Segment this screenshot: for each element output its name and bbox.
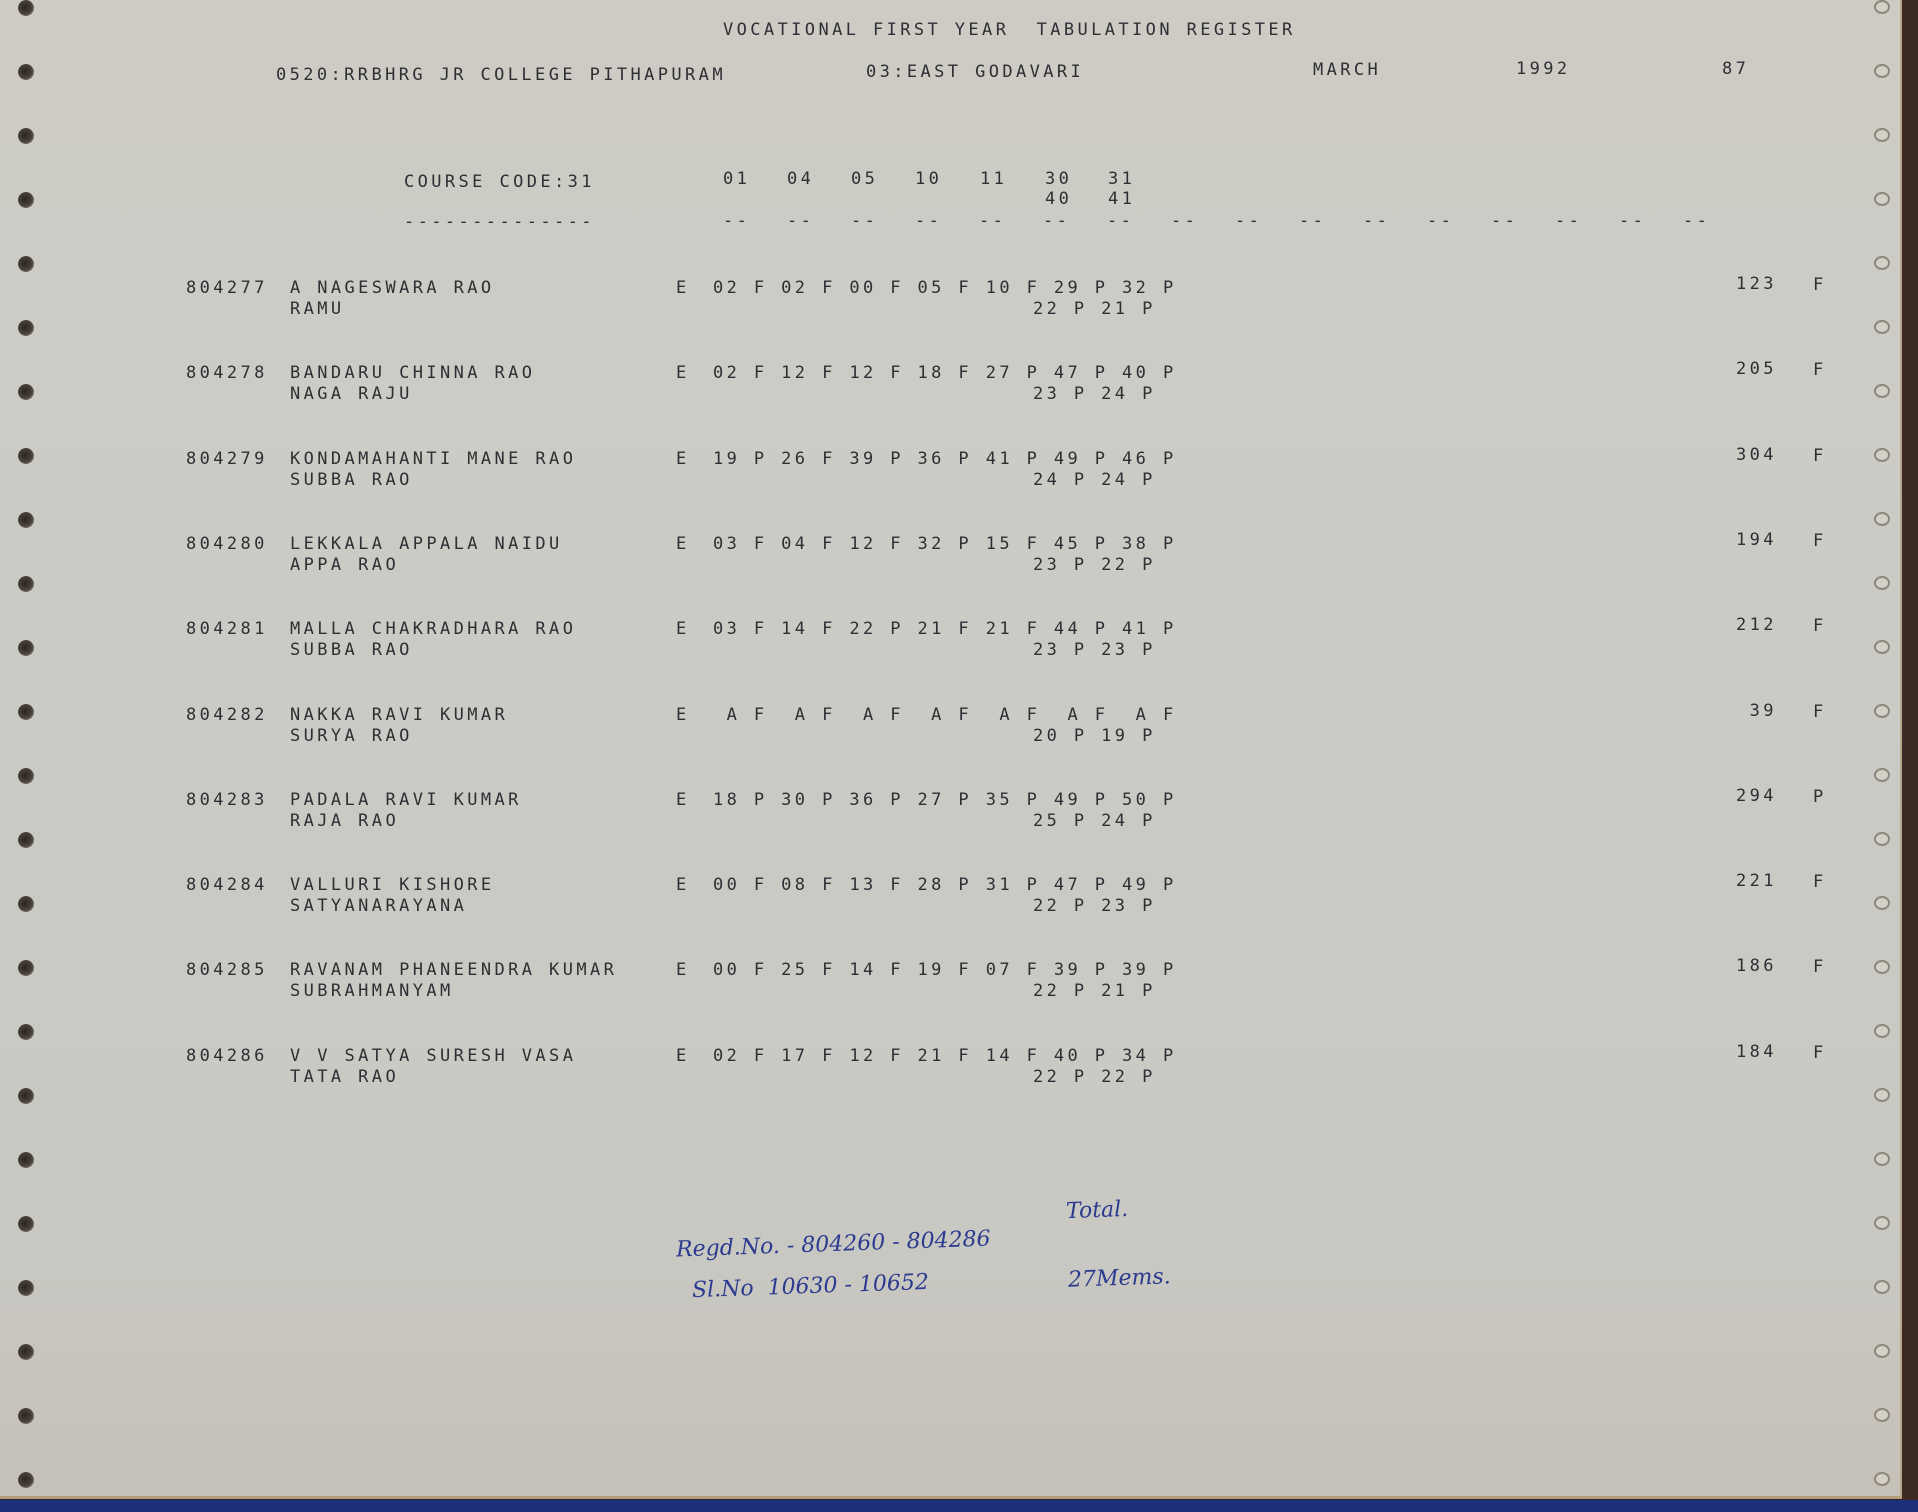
medium: E [676,621,690,638]
column-separator: -- [1683,213,1710,230]
sprocket-hole-icon [1874,1152,1890,1166]
page-number: 87 [1722,61,1749,78]
subject-code: 30 [1045,171,1072,188]
sprocket-hole-icon [1874,192,1890,206]
background-strip [0,1500,1918,1512]
medium: E [676,365,690,382]
table-row: 804282NAKKA RAVI KUMARSURYA RAOE A F A F… [0,707,1900,767]
column-separator: -- [979,213,1006,230]
sprocket-hole-icon [1874,128,1890,142]
student-name: BANDARU CHINNA RAO [290,365,535,382]
subject-code: 05 [851,171,878,188]
total-marks: 294 [1736,788,1777,805]
student-name: A NAGESWARA RAO [290,280,495,297]
column-separator: -- [1427,213,1454,230]
sprocket-hole-icon [1874,768,1890,782]
medium: E [676,1048,690,1065]
sprocket-hole-icon [1874,1216,1890,1230]
marks-line-2: 23 P 22 P [1033,557,1156,574]
subject-code: 41 [1108,191,1135,208]
page-title: VOCATIONAL FIRST YEAR TABULATION REGISTE… [723,22,1296,39]
column-separator: -- [1107,213,1134,230]
reg-number: 804279 [186,451,268,468]
student-name: LEKKALA APPALA NAIDU [290,536,563,553]
sprocket-hole-icon [1874,1280,1890,1294]
reg-number: 804278 [186,365,268,382]
total-marks: 186 [1736,958,1777,975]
marks-line-2: 22 P 21 P [1033,983,1156,1000]
subject-code: 31 [1108,171,1135,188]
reg-number: 804281 [186,621,268,638]
result: F [1813,874,1827,891]
father-name: SUBBA RAO [290,642,413,659]
sprocket-hole-icon [1874,512,1890,526]
total-marks: 39 [1736,703,1777,720]
medium: E [676,280,690,297]
column-separator: -- [851,213,878,230]
result: F [1813,1045,1827,1062]
marks-line-2: 23 P 23 P [1033,642,1156,659]
marks-line-1: 00 F 25 F 14 F 19 F 07 F 39 P 39 P [713,962,1177,979]
course-code-label: COURSE CODE:31 [404,174,595,191]
column-separator: -- [787,213,814,230]
sprocket-hole-icon [18,128,34,144]
marks-line-2: 20 P 19 P [1033,728,1156,745]
result: F [1813,959,1827,976]
handwritten-total-label: Total. [1066,1197,1129,1224]
sprocket-hole-icon [18,1408,34,1424]
column-separator: -- [1299,213,1326,230]
table-row: 804280LEKKALA APPALA NAIDUAPPA RAOE03 F … [0,536,1900,596]
student-name: MALLA CHAKRADHARA RAO [290,621,576,638]
marks-line-1: 00 F 08 F 13 F 28 P 31 P 47 P 49 P [713,877,1177,894]
table-row: 804285RAVANAM PHANEENDRA KUMARSUBRAHMANY… [0,962,1900,1022]
table-row: 804278BANDARU CHINNA RAONAGA RAJUE02 F 1… [0,365,1900,425]
marks-line-1: 18 P 30 P 36 P 27 P 35 P 49 P 50 P [713,792,1177,809]
marks-line-1: 19 P 26 F 39 P 36 P 41 P 49 P 46 P [713,451,1177,468]
marks-line-1: A F A F A F A F A F A F A F [713,707,1177,724]
column-separator: -- [1555,213,1582,230]
marks-line-2: 24 P 24 P [1033,472,1156,489]
reg-number: 804282 [186,707,268,724]
marks-line-2: 22 P 22 P [1033,1069,1156,1086]
marks-line-2: 25 P 24 P [1033,813,1156,830]
column-separator: -- [1171,213,1198,230]
total-marks: 205 [1736,361,1777,378]
exam-year: 1992 [1516,61,1571,78]
father-name: SATYANARAYANA [290,898,467,915]
subject-code: 10 [915,171,942,188]
marks-line-1: 03 F 04 F 12 F 32 P 15 F 45 P 38 P [713,536,1177,553]
sprocket-hole-icon [1874,0,1890,14]
total-marks: 123 [1736,276,1777,293]
father-name: SUBRAHMANYAM [290,983,454,1000]
table-row: 804279KONDAMAHANTI MANE RAOSUBBA RAOE19 … [0,451,1900,511]
medium: E [676,451,690,468]
marks-line-2: 22 P 21 P [1033,301,1156,318]
medium: E [676,877,690,894]
sprocket-hole-icon [18,1472,34,1488]
subject-code: 11 [980,171,1007,188]
sprocket-hole-icon [18,0,34,16]
sprocket-hole-icon [1874,1472,1890,1486]
marks-line-1: 02 F 02 F 00 F 05 F 10 F 29 P 32 P [713,280,1177,297]
result: F [1813,618,1827,635]
result: F [1813,362,1827,379]
total-marks: 184 [1736,1044,1777,1061]
column-separator: -- [1363,213,1390,230]
student-name: RAVANAM PHANEENDRA KUMAR [290,962,617,979]
sprocket-hole-icon [18,1344,34,1360]
result: F [1813,533,1827,550]
medium: E [676,536,690,553]
total-marks: 194 [1736,532,1777,549]
total-marks: 304 [1736,447,1777,464]
marks-line-1: 03 F 14 F 22 P 21 F 21 F 44 P 41 P [713,621,1177,638]
column-separator: -- [915,213,942,230]
marks-line-2: 23 P 24 P [1033,386,1156,403]
medium: E [676,962,690,979]
sprocket-hole-icon [18,1152,34,1168]
subject-code: 01 [723,171,750,188]
reg-number: 804283 [186,792,268,809]
total-marks: 221 [1736,873,1777,890]
reg-number: 804284 [186,877,268,894]
reg-number: 804285 [186,962,268,979]
course-code-underline: -------------- [404,214,595,231]
reg-number: 804286 [186,1048,268,1065]
column-separator: -- [1043,213,1070,230]
father-name: RAMU [290,301,345,318]
handwritten-total-value: 27Mems. [1068,1264,1171,1293]
sprocket-hole-icon [18,256,34,272]
result: F [1813,704,1827,721]
father-name: APPA RAO [290,557,399,574]
marks-line-1: 02 F 12 F 12 F 18 F 27 P 47 P 40 P [713,365,1177,382]
sprocket-hole-icon [18,64,34,80]
college-name: 0520:RRBHRG JR COLLEGE PITHAPURAM [276,67,726,84]
student-name: KONDAMAHANTI MANE RAO [290,451,576,468]
column-separator: -- [1235,213,1262,230]
total-marks: 212 [1736,617,1777,634]
sprocket-hole-icon [18,192,34,208]
exam-month: MARCH [1313,62,1381,79]
sprocket-hole-icon [18,768,34,784]
sprocket-hole-icon [1874,1408,1890,1422]
subject-code: 04 [787,171,814,188]
column-separator: -- [723,213,750,230]
page-edge [1902,0,1918,1512]
table-row: 804277A NAGESWARA RAORAMUE02 F 02 F 00 F… [0,280,1900,340]
medium: E [676,792,690,809]
sprocket-hole-icon [1874,256,1890,270]
reg-number: 804280 [186,536,268,553]
sprocket-hole-icon [18,1216,34,1232]
table-row: 804281MALLA CHAKRADHARA RAOSUBBA RAOE03 … [0,621,1900,681]
table-row: 804283PADALA RAVI KUMARRAJA RAOE18 P 30 … [0,792,1900,852]
result: F [1813,277,1827,294]
sprocket-hole-icon [1874,1344,1890,1358]
father-name: NAGA RAJU [290,386,413,403]
reg-number: 804277 [186,280,268,297]
table-row: 804286V V SATYA SURESH VASATATA RAOE02 F… [0,1048,1900,1108]
result: P [1813,789,1827,806]
student-name: NAKKA RAVI KUMAR [290,707,508,724]
sprocket-hole-icon [18,1024,34,1040]
column-separator: -- [1491,213,1518,230]
father-name: SURYA RAO [290,728,413,745]
father-name: SUBBA RAO [290,472,413,489]
district: 03:EAST GODAVARI [866,64,1084,81]
medium: E [676,707,690,724]
marks-line-1: 02 F 17 F 12 F 21 F 14 F 40 P 34 P [713,1048,1177,1065]
student-name: PADALA RAVI KUMAR [290,792,522,809]
father-name: TATA RAO [290,1069,399,1086]
sprocket-hole-icon [18,1280,34,1296]
father-name: RAJA RAO [290,813,399,830]
marks-line-2: 22 P 23 P [1033,898,1156,915]
student-name: VALLURI KISHORE [290,877,495,894]
subject-code: 40 [1045,191,1072,208]
result: F [1813,448,1827,465]
sprocket-hole-icon [1874,64,1890,78]
student-name: V V SATYA SURESH VASA [290,1048,576,1065]
sprocket-hole-icon [18,512,34,528]
sprocket-hole-icon [1874,1024,1890,1038]
table-row: 804284VALLURI KISHORESATYANARAYANAE00 F … [0,877,1900,937]
column-separator: -- [1619,213,1646,230]
